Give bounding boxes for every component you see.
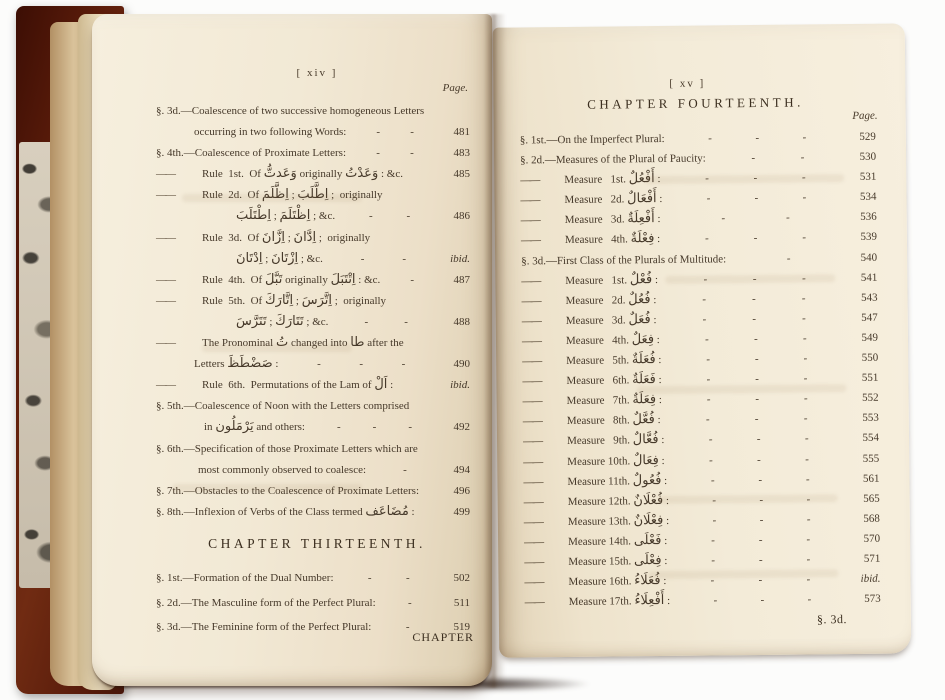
entry-text-segment: §. 3d.—First Class of the Plurals of Mul…	[521, 253, 726, 267]
rule-dash: ——	[523, 451, 567, 472]
entry-text: Measure 15th. فِعْلَى :	[568, 551, 667, 572]
arabic-word: أَفْعِلَاءُ	[634, 593, 664, 608]
toc-row: تَتَارَكَ ; تَتَرَّسَ ; &c.--488	[156, 312, 470, 333]
leader-dash: -	[705, 229, 709, 249]
arabic-word: تَتَارَكَ	[275, 314, 304, 329]
leader-dash: -	[368, 566, 372, 591]
chapter-heading-fourteenth: CHAPTER FOURTEENTH.	[517, 94, 873, 114]
leader-dash: -	[713, 591, 717, 611]
entry-text: §. 2d.—Measures of the Plural of Paucity…	[520, 149, 706, 171]
dash-leaders: ---	[305, 417, 444, 438]
page-number: 534	[850, 187, 876, 207]
toc-row: ——Rule 1st. Of وَعَدتُّ originally وَعَد…	[156, 164, 470, 185]
leader-dash: -	[711, 550, 715, 570]
dash-leaders: ---	[656, 288, 851, 310]
leader-dash: -	[402, 354, 406, 375]
leader-dash: -	[406, 615, 410, 640]
rule-dash: ——	[523, 431, 567, 452]
entry-text: Measure 13th. فِعْلَانٌ :	[568, 511, 670, 532]
entry-text-segment: §. 5th.—Coalescence of Noon with the Let…	[156, 400, 409, 412]
entry-text-segment: ;	[267, 316, 276, 328]
dash-leaders: --	[334, 566, 444, 591]
dash-leaders: --	[706, 147, 850, 169]
arabic-word: فَعْلَى	[634, 533, 662, 548]
entry-text-segment: occurring in two following Words:	[194, 126, 346, 138]
rule-dash: ——	[524, 572, 568, 593]
entry-text-segment: Measure 11th.	[567, 475, 632, 488]
page-number: 494	[444, 460, 470, 481]
arabic-word: فِعْلَانٌ	[633, 513, 663, 528]
toc-list-right: §. 1st.—On the Imperfect Plural:---529§.…	[520, 127, 881, 613]
rule-dash: ——	[523, 411, 567, 432]
toc-row: اِزْتَانَ ; اِدْتَانَ ; &c.--ibid.	[156, 249, 470, 270]
toc-row: §. 6th.—Specification of those Proximate…	[156, 439, 470, 460]
arabic-word: فُعْلٌ	[630, 272, 652, 287]
entry-text-segment: ;	[263, 253, 272, 265]
book-photograph: [ xiv ] Page. §. 3d.—Coalescence of two …	[0, 0, 945, 700]
toc-row: ——Rule 4th. Of تَبَّلَ originally اِتْتَ…	[156, 270, 470, 291]
folio-right: [ xv ]	[517, 76, 857, 92]
page-number: 543	[851, 287, 877, 307]
rule-dash: ——	[524, 552, 568, 573]
entry-text-segment: ; &c.	[298, 253, 323, 265]
leader-dash: -	[806, 469, 810, 489]
rule-dash: ——	[156, 291, 202, 312]
leader-dash: -	[802, 228, 806, 248]
entry-text-segment: Measure 2d.	[564, 194, 627, 207]
entry-text-segment: Measure 4th.	[565, 234, 631, 247]
rule-dash: ——	[521, 210, 565, 231]
leader-dash: -	[803, 328, 807, 348]
entry-text: Rule 3d. Of اِدَّانَ ; اِزَّانَ ; origin…	[202, 228, 370, 249]
dash-leaders: --	[660, 207, 850, 229]
leader-dash: -	[373, 417, 377, 438]
entry-text-segment: :	[409, 506, 415, 518]
entry-text: §. 4th.—Coalescence of Proximate Letters…	[156, 143, 346, 164]
leader-dash: -	[404, 312, 408, 333]
page-number: 541	[851, 267, 877, 287]
entry-text: Letters صَضْطَظَ :	[194, 354, 278, 375]
dash-leaders: --	[328, 312, 444, 333]
leader-dash: -	[755, 188, 759, 208]
entry-text-segment: Measure 10th.	[567, 455, 633, 468]
rule-dash: ——	[523, 391, 567, 412]
entry-text-segment: §. 3d.—Coalescence of two successive hom…	[156, 105, 424, 117]
page-column-label-left: Page.	[443, 82, 468, 94]
page-number: 540	[851, 247, 877, 267]
entry-text-segment: Rule 1st. Of	[202, 168, 264, 180]
arabic-word: اِزَّانَ	[262, 230, 285, 245]
leader-dash: -	[402, 249, 406, 270]
entry-text-segment: originally	[297, 168, 345, 180]
gutter-shadow	[484, 14, 506, 688]
dash-leaders: ---	[662, 187, 850, 209]
dash-leaders: ---	[670, 589, 855, 611]
entry-text: Measure 9th. فُعَّالٌ :	[567, 430, 665, 451]
leader-dash: -	[758, 470, 762, 490]
toc-row: ——Rule 5th. Of اِتَّرَسَ ; اِتَّارَكَ ; …	[156, 291, 470, 312]
rule-dash: ——	[521, 291, 565, 312]
entry-text-segment: Letters	[194, 358, 227, 370]
leader-dash: -	[752, 289, 756, 309]
dash-leaders: -	[376, 591, 444, 616]
leader-dash: -	[369, 206, 373, 227]
page-number: 490	[444, 354, 470, 375]
entry-text-segment: §. 4th.—Coalescence of Proximate Letters…	[156, 147, 346, 159]
arabic-word: اِدَّانَ	[294, 230, 317, 245]
entry-text-segment: ;	[271, 210, 280, 222]
toc-row: §. 2d.—The Masculine form of the Perfect…	[156, 591, 470, 616]
toc-row: اِظْتَلَمَ ; اِطْتَلَبَ ; &c.--486	[156, 206, 470, 227]
entry-text-segment: Measure 1st.	[565, 274, 630, 287]
entry-text-segment: §. 2d.—The Masculine form of the Perfect…	[156, 597, 376, 609]
page-number: 570	[854, 529, 880, 549]
page-number: 531	[850, 167, 876, 187]
leader-dash: -	[361, 249, 365, 270]
entry-text: Measure 12th. فُعْلَانٌ :	[568, 491, 670, 512]
entry-text: §. 3d.—The Feminine form of the Perfect …	[156, 615, 371, 640]
dash-leaders: ---	[278, 354, 444, 375]
entry-text: §. 6th.—Specification of those Proximate…	[156, 439, 418, 460]
leader-dash: -	[721, 209, 725, 229]
leader-dash: -	[802, 308, 806, 328]
entry-text: Measure 2d. فُعُلٌ :	[565, 290, 656, 311]
entry-text-segment: ; originally	[316, 232, 370, 244]
arabic-word: فُعَلَةٌ	[632, 352, 656, 367]
leader-dash: -	[754, 329, 758, 349]
page-number: 547	[852, 308, 878, 328]
arabic-word: طا	[350, 335, 364, 350]
rule-dash: ——	[521, 230, 565, 251]
entry-text-segment: Rule 6th. Permutations of the Lam of	[202, 379, 374, 391]
leader-dash: -	[410, 143, 414, 164]
dash-leaders: ---	[660, 227, 851, 249]
rule-dash: ——	[522, 331, 566, 352]
page-number: 496	[444, 481, 470, 502]
entry-text-segment: Measure 15th.	[568, 555, 634, 568]
dash-leaders: -	[380, 270, 444, 291]
leader-dash: -	[410, 270, 414, 291]
page-number: ibid.	[444, 375, 470, 396]
rule-dash: ——	[156, 164, 202, 185]
leader-dash: -	[804, 409, 808, 429]
page-number: 536	[851, 207, 877, 227]
entry-text-segment: ; &c.	[310, 210, 335, 222]
arabic-word: تَتَرَّسَ	[236, 314, 267, 329]
dash-leaders: -	[726, 248, 851, 269]
page-number: 568	[854, 508, 880, 528]
leader-dash: -	[751, 148, 755, 168]
leader-dash: -	[807, 549, 811, 569]
entry-text-segment: ; &c.	[304, 316, 329, 328]
rule-dash: ——	[524, 492, 568, 513]
dash-leaders: ---	[656, 308, 851, 330]
page-column-label-right: Page.	[852, 110, 877, 122]
entry-text: تَتَارَكَ ; تَتَرَّسَ ; &c.	[236, 312, 328, 333]
page-number: 511	[444, 591, 470, 616]
arabic-word: فُعُولٌ	[633, 473, 662, 488]
leader-dash: -	[760, 510, 764, 530]
rule-dash: ——	[520, 170, 564, 191]
entry-text: §. 3d.—First Class of the Plurals of Mul…	[521, 249, 726, 271]
entry-text: Rule 4th. Of تَبَّلَ originally اِتْتَبَ…	[202, 270, 380, 291]
toc-row: §. 5th.—Coalescence of Noon with the Let…	[156, 396, 470, 417]
chapter-heading-thirteenth: CHAPTER THIRTEENTH.	[167, 536, 467, 552]
entry-text: Measure 14th. فَعْلَى :	[568, 531, 667, 552]
page-number: 551	[852, 368, 878, 388]
entry-text-segment: Rule 3d. Of	[202, 232, 262, 244]
page-number: 499	[444, 502, 470, 523]
leader-dash: -	[406, 206, 410, 227]
entry-text: in يَرْمَلُون and others:	[204, 417, 305, 438]
rule-dash: ——	[156, 333, 202, 354]
entry-text-segment: :	[387, 379, 393, 391]
arabic-word: فِعَلَةٌ	[632, 392, 656, 407]
page-number: 573	[855, 589, 881, 609]
page-number: 483	[444, 143, 470, 164]
arabic-word: فُعَلٌ	[628, 312, 650, 327]
toc-row: §. 8th.—Inflexion of Verbs of the Class …	[156, 502, 470, 523]
entry-text: Measure 4th. فِعَلٌ :	[566, 330, 660, 351]
entry-text-segment: after the	[365, 337, 404, 349]
entry-text: §. 8th.—Inflexion of Verbs of the Class …	[156, 502, 415, 523]
entry-text: §. 2d.—The Masculine form of the Perfect…	[156, 591, 376, 616]
dash-leaders: ---	[661, 408, 853, 430]
show-through-ghost	[172, 484, 362, 492]
entry-text: Rule 6th. Permutations of the Lam of اَل…	[202, 375, 393, 396]
rule-dash: ——	[524, 532, 568, 553]
toc-row: most commonly observed to coalesce:-494	[156, 460, 470, 481]
page-number: 553	[853, 408, 879, 428]
dash-leaders: ---	[660, 328, 852, 350]
entry-text-segment: Measure 8th.	[567, 415, 633, 428]
rule-dash: ——	[525, 592, 569, 613]
leader-dash: -	[802, 188, 806, 208]
toc-row: §. 1st.—Formation of the Dual Number:--5…	[156, 566, 470, 591]
entry-text-segment: Measure 3d.	[566, 314, 629, 327]
arabic-word: فِعْلَى	[634, 553, 662, 568]
entry-text-segment: §. 8th.—Inflexion of Verbs of the Class …	[156, 506, 365, 518]
arabic-word: اِظْتَلَمَ	[280, 208, 311, 223]
page-number: 488	[444, 312, 470, 333]
page-number: ibid.	[444, 249, 470, 270]
page-number: 502	[444, 566, 470, 591]
dash-leaders: --	[346, 143, 444, 164]
entry-text: Measure 11th. فُعُولٌ :	[567, 471, 667, 492]
rule-dash: ——	[522, 311, 566, 332]
arabic-word: اِدْتَانَ	[236, 251, 263, 266]
leader-dash: -	[708, 128, 712, 148]
entry-text-segment: in	[204, 421, 215, 433]
right-page: [ xv ] CHAPTER FOURTEENTH. Page. §. 1st.…	[493, 23, 912, 657]
arabic-word: فِعَالٌ	[633, 453, 659, 468]
dash-leaders: --	[335, 206, 444, 227]
entry-text: Measure 3d. أَفْعِلَةٌ :	[565, 209, 661, 230]
arabic-word: اِزْتَانَ	[271, 251, 298, 266]
entry-text-segment: Measure 1st.	[564, 174, 629, 187]
left-page: [ xiv ] Page. §. 3d.—Coalescence of two …	[92, 14, 492, 686]
entry-text: §. 1st.—Formation of the Dual Number:	[156, 566, 334, 591]
leader-dash: -	[712, 510, 716, 530]
leader-dash: -	[755, 128, 759, 148]
toc-row: ——Measure 17th. أَفْعِلَاءُ :---573	[525, 589, 881, 613]
leader-dash: -	[711, 530, 715, 550]
entry-text-segment: §. 3d.—The Feminine form of the Perfect …	[156, 621, 371, 633]
entry-text-segment: Rule 5th. Of	[202, 295, 265, 307]
arabic-word: تَبَّلَ	[265, 272, 282, 287]
leader-dash: -	[801, 148, 805, 168]
leader-dash: -	[752, 309, 756, 329]
entry-text-segment: Measure 9th.	[567, 435, 633, 448]
leader-dash: -	[408, 417, 412, 438]
leader-dash: -	[755, 409, 759, 429]
arabic-word: فِعْلَةٌ	[631, 232, 655, 247]
entry-text-segment: ; originally	[332, 295, 386, 307]
entry-text: Measure 1st. فُعْلٌ :	[565, 270, 658, 291]
page-number: 555	[853, 448, 879, 468]
arabic-word: اِطْتَلَبَ	[236, 208, 271, 223]
toc-list-left: §. 3d.—Coalescence of two successive hom…	[156, 101, 470, 523]
arabic-word: أَفْعَالٌ	[627, 191, 657, 206]
entry-text-segment: Measure 12th.	[568, 495, 634, 508]
entry-text-segment: : &c.	[378, 168, 403, 180]
entry-text: §. 3d.—Coalescence of two successive hom…	[156, 101, 424, 122]
leader-dash: -	[376, 122, 380, 143]
dash-leaders: ---	[667, 549, 854, 571]
catchword-left: CHAPTER	[412, 630, 474, 645]
toc-row: occurring in two following Words:--481	[156, 122, 470, 143]
page-number: ibid.	[854, 569, 880, 589]
toc-row: in يَرْمَلُون and others:---492	[156, 417, 470, 438]
rule-dash: ——	[522, 371, 566, 392]
arabic-word: فُعَّالٌ	[633, 432, 659, 447]
arabic-word: أَفْعِلَةٌ	[627, 211, 655, 226]
entry-text-segment: Measure 5th.	[566, 354, 632, 367]
leader-dash: -	[757, 449, 761, 469]
leader-dash: -	[406, 566, 410, 591]
leader-dash: -	[709, 430, 713, 450]
entry-text-segment: §. 2d.—Measures of the Plural of Paucity…	[520, 153, 706, 167]
leader-dash: -	[802, 288, 806, 308]
entry-text-segment: Measure 17th.	[569, 595, 635, 608]
catchword-right: §. 3d.	[817, 612, 847, 627]
toc-row: §. 4th.—Coalescence of Proximate Letters…	[156, 143, 470, 164]
rule-dash: ——	[156, 375, 202, 396]
entry-text: Measure 3d. فُعَلٌ :	[566, 310, 657, 331]
dash-leaders: --	[323, 249, 444, 270]
leader-dash: -	[806, 529, 810, 549]
entry-text: Measure 8th. فُعَّلٌ :	[567, 410, 661, 431]
entry-text-segment: Measure 6th.	[566, 374, 632, 387]
entry-text-segment: Measure 14th.	[568, 535, 634, 548]
leader-dash: -	[337, 417, 341, 438]
page-number: 487	[444, 270, 470, 291]
rule-dash: ——	[520, 190, 564, 211]
rule-dash: ——	[524, 512, 568, 533]
entry-text-segment: Measure 13th.	[568, 515, 634, 528]
arabic-word: وَعَدْتُ	[345, 166, 378, 181]
page-number: 561	[853, 468, 879, 488]
leader-dash: -	[803, 348, 807, 368]
entry-text-segment: : &c.	[356, 274, 381, 286]
arabic-word: فُعُلٌ	[628, 292, 650, 307]
entry-text-segment: Measure 16th.	[568, 575, 634, 588]
leader-dash: -	[808, 590, 812, 610]
dash-leaders: ---	[665, 448, 854, 470]
arabic-word: فُعَّلٌ	[632, 412, 654, 427]
rule-dash: ——	[156, 270, 202, 291]
entry-text: Measure 4th. فِعْلَةٌ :	[565, 229, 660, 250]
page-number: 571	[854, 549, 880, 569]
arabic-word: صَضْطَظَ	[227, 356, 272, 371]
arabic-word: فِعَلٌ	[632, 332, 654, 347]
page-number: 550	[852, 348, 878, 368]
entry-text-segment: §. 6th.—Specification of those Proximate…	[156, 443, 418, 455]
dash-leaders: --	[346, 122, 444, 143]
page-number: 552	[853, 388, 879, 408]
page-number: 565	[854, 488, 880, 508]
arabic-word: يَرْمَلُون	[215, 419, 253, 434]
entry-text: اِظْتَلَمَ ; اِطْتَلَبَ ; &c.	[236, 206, 335, 227]
leader-dash: -	[376, 143, 380, 164]
entry-text: Rule 1st. Of وَعَدتُّ originally وَعَدْت…	[202, 164, 403, 185]
leader-dash: -	[359, 354, 363, 375]
show-through-ghost	[182, 194, 362, 202]
leader-dash: -	[805, 449, 809, 469]
entry-text: Measure 5th. فُعَلَةٌ :	[566, 350, 661, 371]
arabic-word: اِتَّرَسَ	[302, 293, 332, 308]
folio-left: [ xiv ]	[167, 67, 467, 79]
entry-text: most commonly observed to coalesce:	[198, 460, 366, 481]
leader-dash: -	[759, 550, 763, 570]
rule-dash: ——	[523, 472, 567, 493]
toc-row: §. 3d.—Coalescence of two successive hom…	[156, 101, 470, 122]
leader-dash: -	[787, 248, 791, 268]
entry-text-segment: originally	[282, 274, 330, 286]
dash-leaders: -	[366, 460, 444, 481]
dash-leaders: ---	[669, 509, 854, 531]
leader-dash: -	[786, 208, 790, 228]
leader-dash: -	[707, 189, 711, 209]
toc-row: ——Rule 6th. Permutations of the Lam of ا…	[156, 375, 470, 396]
leader-dash: -	[759, 530, 763, 550]
entry-text: Rule 5th. Of اِتَّرَسَ ; اِتَّارَكَ ; or…	[202, 291, 386, 312]
entry-text-segment: Measure 4th.	[566, 334, 632, 347]
arabic-word: مُضَاعَف	[365, 504, 408, 519]
entry-text-segment: Measure 7th.	[567, 395, 633, 408]
leader-dash: -	[403, 460, 407, 481]
page-number: 530	[850, 147, 876, 167]
dash-leaders: ---	[664, 428, 853, 450]
dash-leaders: ---	[667, 469, 853, 491]
dash-leaders: ---	[665, 127, 850, 149]
entry-text-segment: §. 1st.—On the Imperfect Plural:	[520, 133, 665, 147]
leader-dash: -	[410, 122, 414, 143]
leader-dash: -	[702, 289, 706, 309]
arabic-word: اِتْتَبَلَ	[331, 272, 356, 287]
toc-row: Letters صَضْطَظَ :---490	[156, 354, 470, 375]
toc-list-chapter-thirteenth: §. 1st.—Formation of the Dual Number:--5…	[156, 566, 470, 640]
entry-text-segment: ;	[293, 295, 302, 307]
leader-dash: -	[807, 509, 811, 529]
dash-leaders: ---	[667, 529, 854, 551]
leader-dash: -	[706, 350, 710, 370]
entry-text: Measure 10th. فِعَالٌ :	[567, 450, 665, 471]
entry-text-segment: Measure 2d.	[566, 294, 629, 307]
page-number: 481	[444, 122, 470, 143]
toc-row: ——Rule 3d. Of اِدَّانَ ; اِزَّانَ ; orig…	[156, 228, 470, 249]
page-number: 529	[850, 127, 876, 147]
